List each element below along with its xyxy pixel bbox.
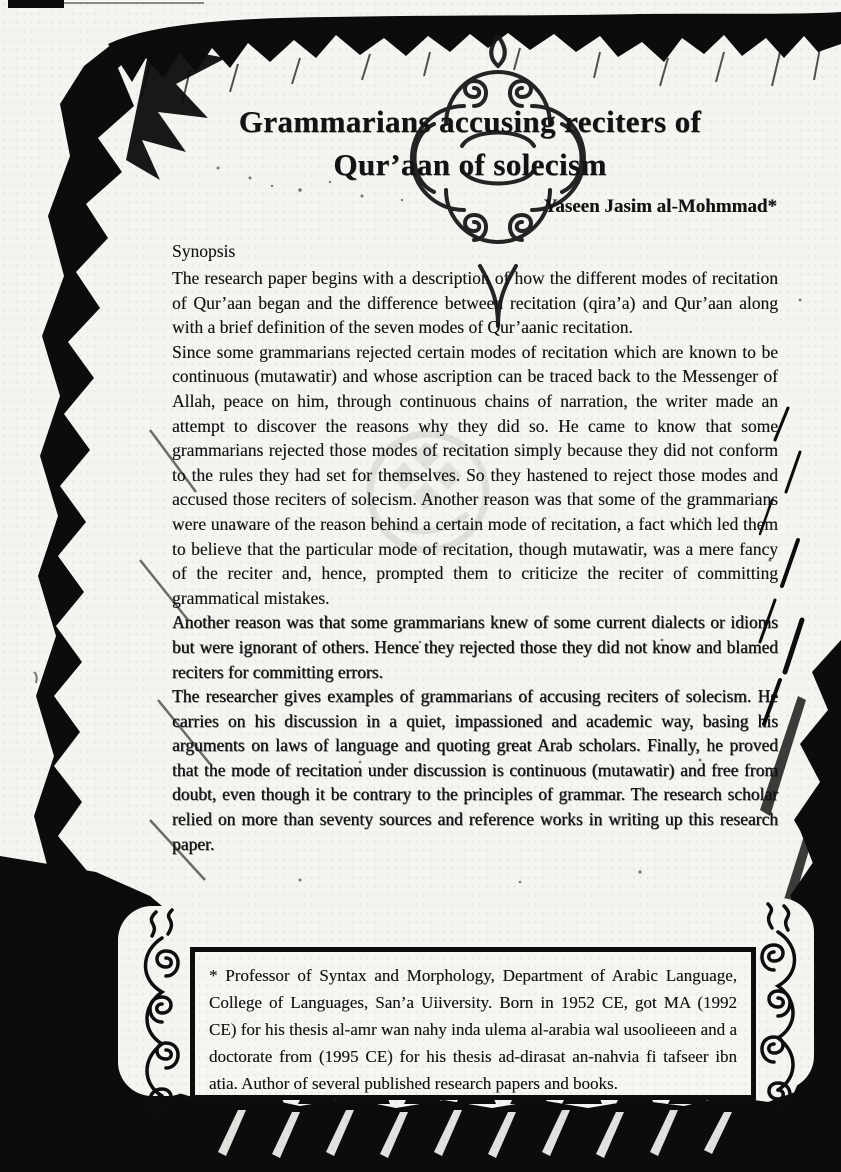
synopsis-body: The research paper begins with a descrip… bbox=[172, 266, 778, 856]
title-line-1: Grammarians accusing reciters of bbox=[150, 100, 790, 143]
synopsis-heading: Synopsis bbox=[172, 241, 235, 262]
scan-mark-top-left bbox=[8, 0, 204, 8]
synopsis-paragraph: Another reason was that some grammarians… bbox=[172, 610, 778, 684]
author-line: Yaseen Jasim al-Mohmmad* bbox=[544, 196, 777, 218]
synopsis-paragraph: The research paper begins with a descrip… bbox=[172, 266, 778, 340]
title-line-2: Qur’aan of solecism bbox=[150, 143, 790, 186]
scanned-document-page: Grammarians accusing reciters of Qur’aan… bbox=[0, 0, 841, 1172]
synopsis-paragraph: Since some grammarians rejected certain … bbox=[172, 340, 778, 611]
footnote-text: * Professor of Syntax and Morphology, De… bbox=[209, 962, 737, 1097]
synopsis-paragraph: The researcher gives examples of grammar… bbox=[172, 684, 778, 856]
footnote-box: * Professor of Syntax and Morphology, De… bbox=[190, 947, 756, 1100]
page-title: Grammarians accusing reciters of Qur’aan… bbox=[150, 100, 790, 186]
